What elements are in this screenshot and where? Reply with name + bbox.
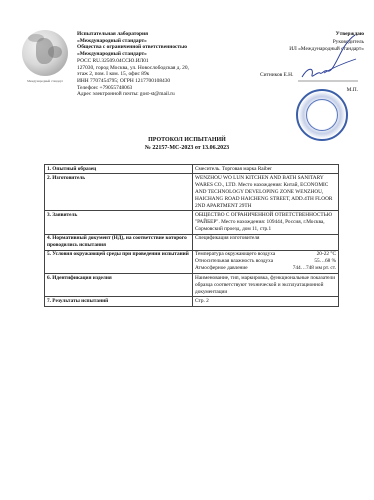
row-label: 2. Изготовитель bbox=[45, 174, 193, 211]
protocol-table: 1. Опытный образец Смеситель. Торговая м… bbox=[44, 164, 339, 307]
row-value: Наименование, тип, маркировка, функциона… bbox=[193, 274, 339, 297]
table-row: 4. Нормативный документ (НД), на соответ… bbox=[45, 234, 339, 250]
approval-block: Утверждаю Руководитель ИЛ «Международный… bbox=[214, 31, 364, 54]
row-label: 3. Заявитель bbox=[45, 211, 193, 234]
table-row: 3. Заявитель ОБЩЕСТВО С ОГРАНИЧЕННОЙ ОТВ… bbox=[45, 211, 339, 234]
seal-stamp-icon bbox=[296, 89, 348, 141]
signature-icon bbox=[298, 33, 358, 83]
globe-icon bbox=[22, 30, 68, 76]
org-line: Испытательная лаборатория bbox=[77, 31, 189, 38]
row-label: 7. Результаты испытаний bbox=[45, 297, 193, 306]
row-value: ОБЩЕСТВО С ОГРАНИЧЕННОЙ ОТВЕТСТВЕННОСТЬЮ… bbox=[193, 211, 339, 234]
table-row: 1. Опытный образец Смеситель. Торговая м… bbox=[45, 165, 339, 174]
signer-name: Ситников Е.Н. bbox=[260, 72, 293, 80]
logo-caption: Международный стандарт bbox=[20, 79, 70, 83]
row-label: 5. Условия окружающей среды при проведен… bbox=[45, 250, 193, 273]
condition-temperature: Температура окружающего воздуха 20-22 °С bbox=[195, 251, 336, 258]
table-row: 2. Изготовитель WENZHOU WO LUN KITCHEN A… bbox=[45, 174, 339, 211]
table-row: 6. Идентификация изделия Наименование, т… bbox=[45, 274, 339, 297]
row-value: WENZHOU WO LUN KITCHEN AND BATH SANITARY… bbox=[193, 174, 339, 211]
table-row: 7. Результаты испытаний Стр. 2 bbox=[45, 297, 339, 306]
row-value: Спецификация изготовителя bbox=[193, 234, 339, 250]
row-value: Смеситель. Торговая марка Raiber bbox=[193, 165, 339, 174]
document-number: № 22157-МС-2023 от 13.06.2023 bbox=[0, 145, 374, 153]
org-line: «Международный стандарт» bbox=[77, 51, 189, 58]
condition-pressure: Атмосферное давление 744…748 мм рт. ст. bbox=[195, 265, 336, 272]
accreditation-number: РОСС RU.32509.04ССЮ.ИЛ01 bbox=[77, 58, 189, 65]
inn-ogrn: ИНН 7707454795; ОГРН 1217700108430 bbox=[77, 78, 189, 85]
row-label: 1. Опытный образец bbox=[45, 165, 193, 174]
document-title-block: ПРОТОКОЛ ИСПЫТАНИЙ № 22157-МС-2023 от 13… bbox=[0, 137, 374, 152]
row-label: 4. Нормативный документ (НД), на соответ… bbox=[45, 234, 193, 250]
row-value-conditions: Температура окружающего воздуха 20-22 °С… bbox=[193, 250, 339, 273]
address-line: этаж 2, пом. I ком. 15, офис 89к bbox=[77, 71, 189, 78]
email: Адрес электронной почты: gost-st@mail.ru bbox=[77, 91, 189, 98]
lab-logo: Международный стандарт bbox=[20, 30, 70, 83]
row-value: Стр. 2 bbox=[193, 297, 339, 306]
seal-label: М.П. bbox=[347, 87, 358, 95]
row-label: 6. Идентификация изделия bbox=[45, 274, 193, 297]
organization-header: Испытательная лаборатория «Международный… bbox=[77, 31, 189, 98]
table-row: 5. Условия окружающей среды при проведен… bbox=[45, 250, 339, 273]
document-title: ПРОТОКОЛ ИСПЫТАНИЙ bbox=[0, 137, 374, 145]
